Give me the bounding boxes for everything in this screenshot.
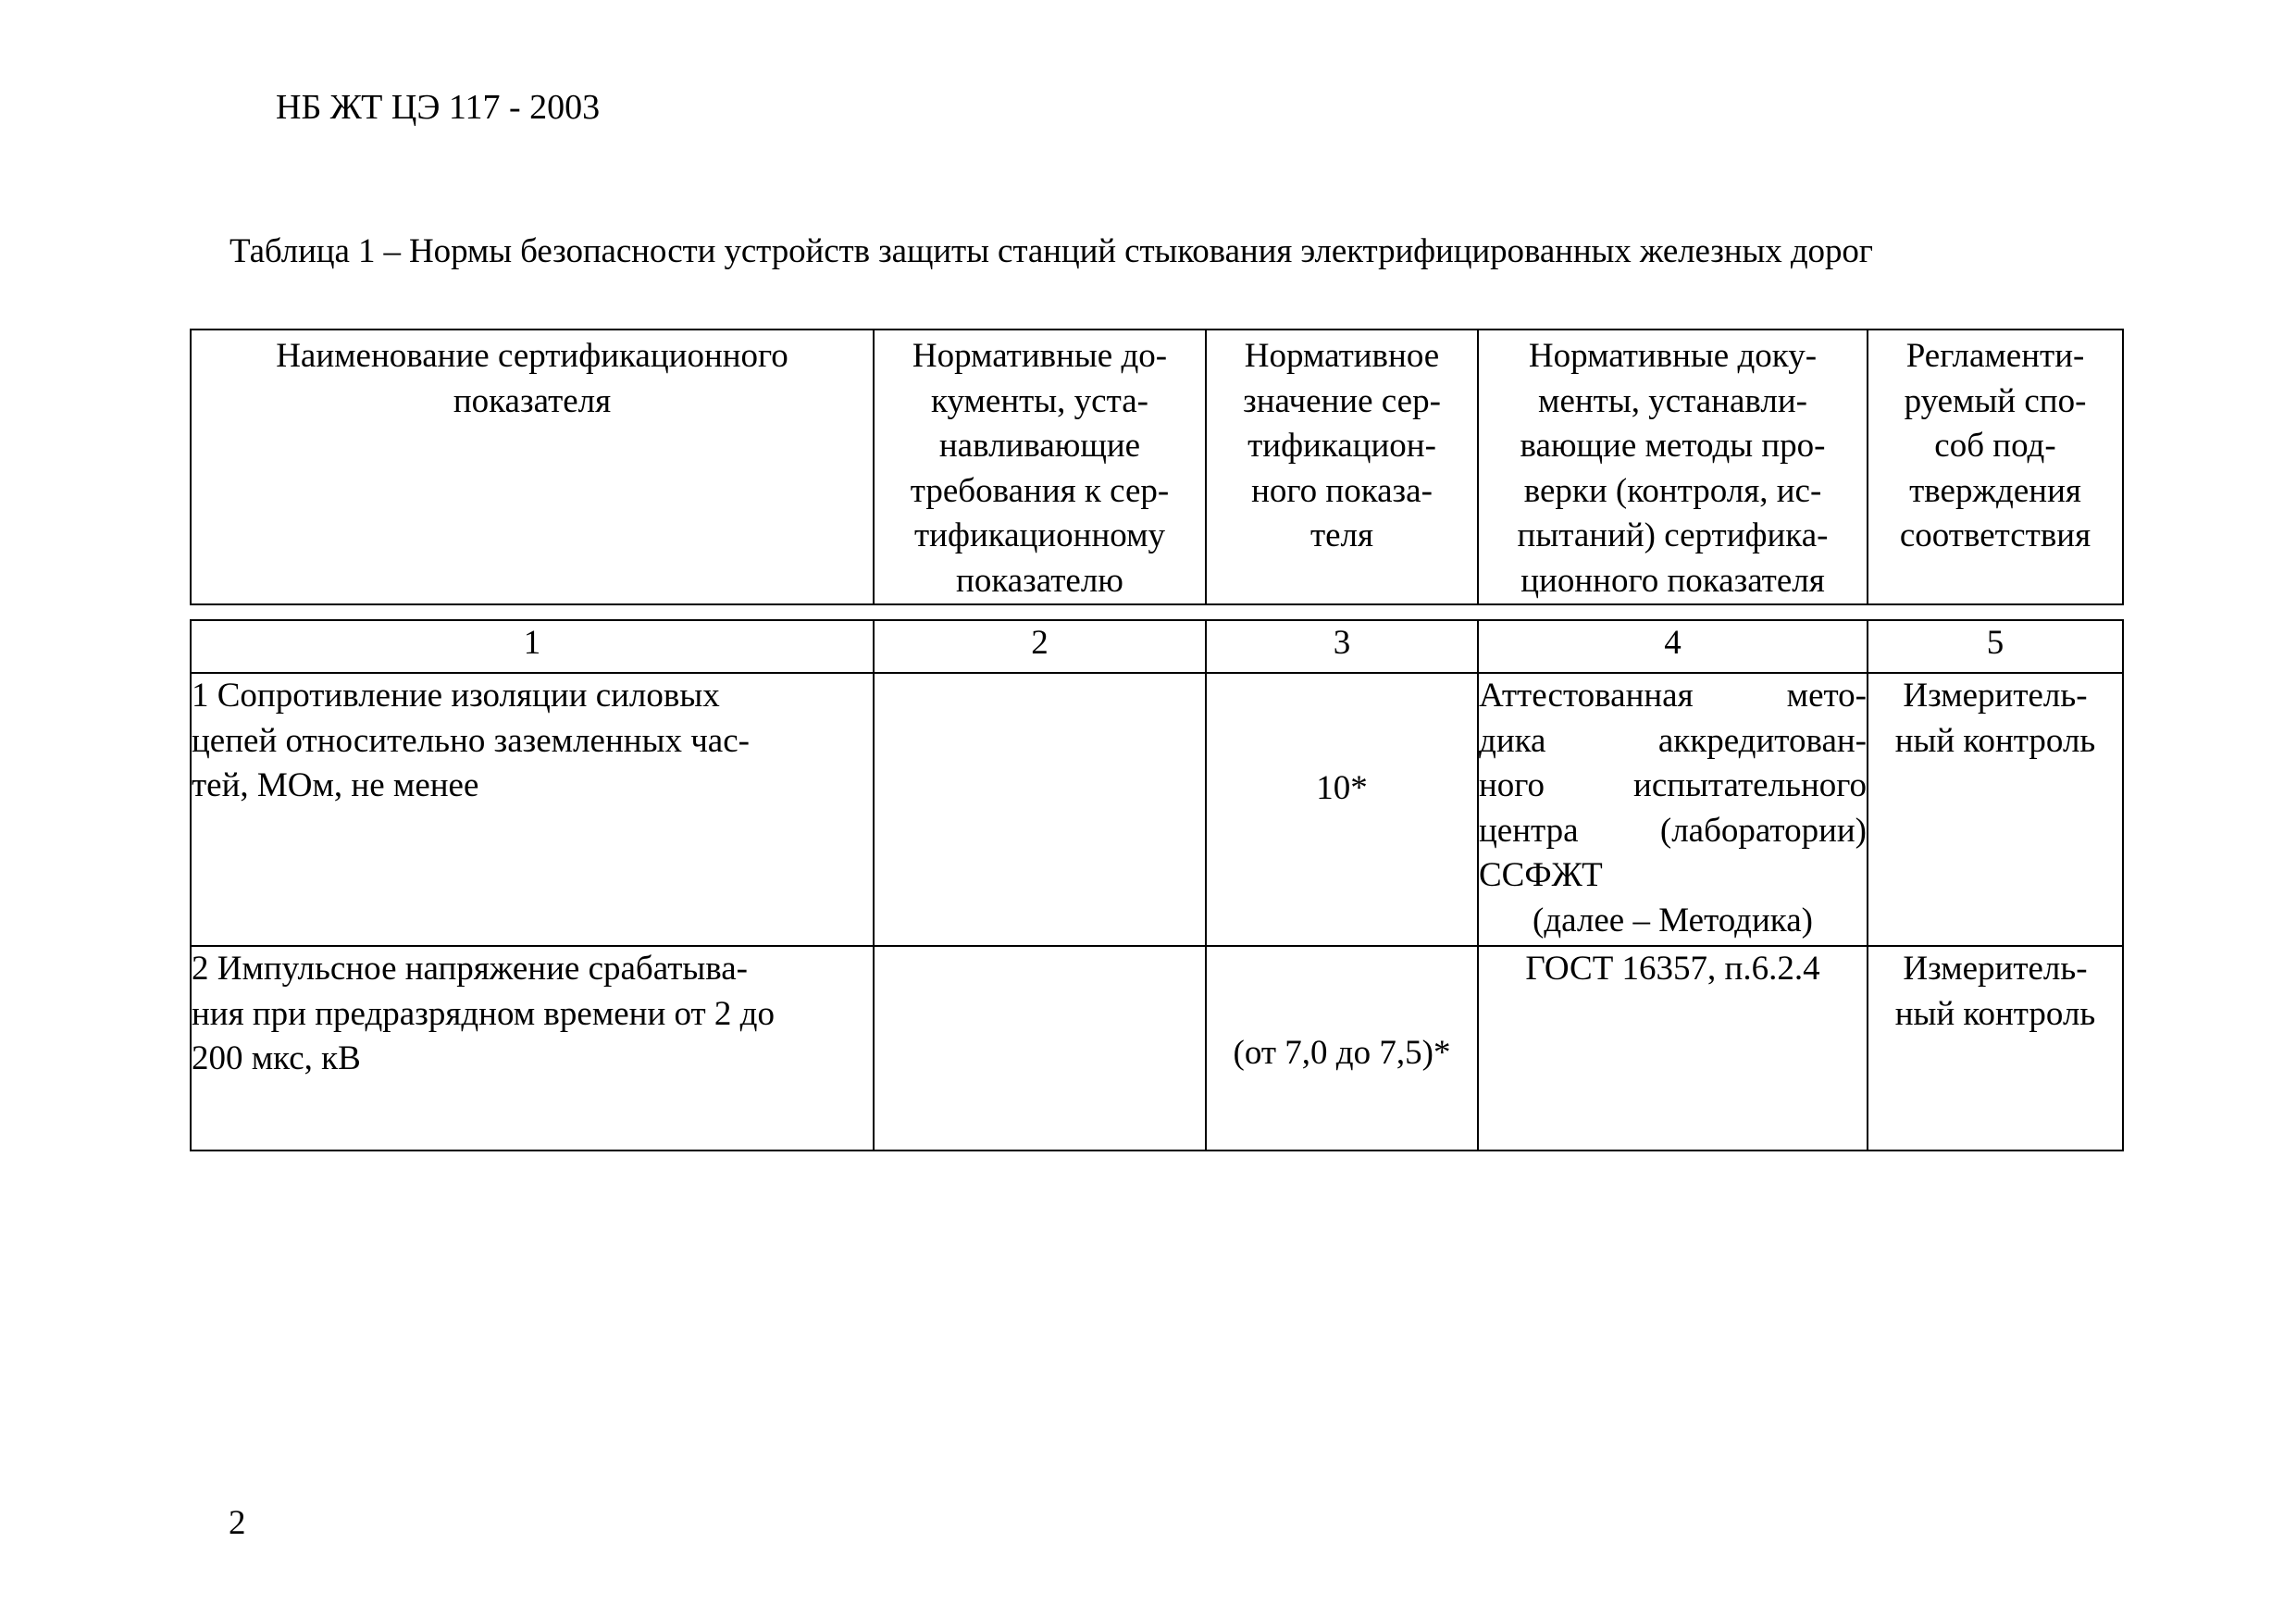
cell-line: Наименование сертификационного bbox=[192, 334, 873, 379]
cell-line: 1 Сопротивление изоляции силовых bbox=[192, 674, 873, 719]
table-body: 1 2 3 4 5 1 Сопротивление изоляции силов… bbox=[190, 619, 2124, 1151]
column-number: 1 bbox=[191, 620, 874, 673]
header-requirement-docs: Нормативные до-кументы, уста-навливающие… bbox=[874, 330, 1206, 604]
cell-line: 200 мкс, кВ bbox=[192, 1037, 873, 1082]
cell-line: Нормативное bbox=[1207, 334, 1477, 379]
test-method-cell: ГОСТ 16357, п.6.2.4 bbox=[1478, 946, 1868, 1151]
cell-line: кументы, уста- bbox=[875, 379, 1205, 425]
cell-line: ния при предразрядном времени от 2 до bbox=[192, 992, 873, 1038]
cell-line: значение сер- bbox=[1207, 379, 1477, 425]
cell-line: теля bbox=[1207, 514, 1477, 559]
confirmation-method-cell: Измеритель-ный контроль bbox=[1868, 673, 2123, 946]
column-number: 2 bbox=[874, 620, 1206, 673]
cell-line: показателю bbox=[875, 559, 1205, 604]
cell-line: тверждения bbox=[1868, 469, 2122, 515]
cell-line: Нормативные доку- bbox=[1479, 334, 1867, 379]
cell-line: требования к сер- bbox=[875, 469, 1205, 515]
requirement-docs-cell bbox=[874, 673, 1206, 946]
cell-line: Нормативные до- bbox=[875, 334, 1205, 379]
table-row: 2 Импульсное напряжение срабатыва-ния пр… bbox=[191, 946, 2123, 1151]
cell-line: тификацион- bbox=[1207, 424, 1477, 469]
cell-line: Измеритель- bbox=[1868, 674, 2122, 719]
cell-line: Аттестованная мето- bbox=[1479, 674, 1867, 719]
cell-line: соб под- bbox=[1868, 424, 2122, 469]
cell-line: пытаний) сертифика- bbox=[1479, 514, 1867, 559]
cell-line: менты, устанавли- bbox=[1479, 379, 1867, 425]
cell-line: (далее – Методика) bbox=[1479, 899, 1867, 944]
cell-line: тей, МОм, не менее bbox=[192, 764, 873, 809]
cell-line: центра (лаборатории) bbox=[1479, 809, 1867, 854]
confirmation-method-cell: Измеритель-ный контроль bbox=[1868, 946, 2123, 1151]
column-number: 3 bbox=[1206, 620, 1478, 673]
page-number: 2 bbox=[229, 1501, 246, 1546]
cell-line: тификационному bbox=[875, 514, 1205, 559]
normative-value-cell: (от 7,0 до 7,5)* bbox=[1206, 946, 1478, 1151]
cell-line: ный контроль bbox=[1868, 992, 2122, 1038]
table-caption: Таблица 1 – Нормы безопасности устройств… bbox=[230, 230, 1873, 274]
cell-line: Регламенти- bbox=[1868, 334, 2122, 379]
cell-line: ционного показателя bbox=[1479, 559, 1867, 604]
cell-line: ГОСТ 16357, п.6.2.4 bbox=[1479, 947, 1867, 992]
normative-value-cell: 10* bbox=[1206, 673, 1478, 946]
cell-line: навливающие bbox=[875, 424, 1205, 469]
cell-line: ного показа- bbox=[1207, 469, 1477, 515]
cell-line: вающие методы про- bbox=[1479, 424, 1867, 469]
table-header: Наименование сертификационногопоказателя… bbox=[190, 329, 2124, 605]
cell-line: Измеритель- bbox=[1868, 947, 2122, 992]
cell-line: руемый спо- bbox=[1868, 379, 2122, 425]
indicator-cell: 1 Сопротивление изоляции силовыхцепей от… bbox=[191, 673, 874, 946]
cell-line: ного испытательного bbox=[1479, 764, 1867, 809]
normative-value: 10* bbox=[1207, 766, 1477, 812]
indicator-cell: 2 Импульсное напряжение срабатыва-ния пр… bbox=[191, 946, 874, 1151]
column-number-row: 1 2 3 4 5 bbox=[191, 620, 2123, 673]
cell-line: ССФЖТ bbox=[1479, 853, 1867, 899]
normative-value: (от 7,0 до 7,5)* bbox=[1207, 1031, 1477, 1076]
requirement-docs-cell bbox=[874, 946, 1206, 1151]
cell-line: показателя bbox=[192, 379, 873, 425]
header-confirmation-method: Регламенти-руемый спо-соб под-тверждения… bbox=[1868, 330, 2123, 604]
cell-line: верки (контроля, ис- bbox=[1479, 469, 1867, 515]
column-number: 4 bbox=[1478, 620, 1868, 673]
column-number: 5 bbox=[1868, 620, 2123, 673]
cell-line: соответствия bbox=[1868, 514, 2122, 559]
cell-line: 2 Импульсное напряжение срабатыва- bbox=[192, 947, 873, 992]
cell-line: дика аккредитован- bbox=[1479, 719, 1867, 765]
header-test-method-docs: Нормативные доку-менты, устанавли-вающие… bbox=[1478, 330, 1868, 604]
document-code: НБ ЖТ ЦЭ 117 - 2003 bbox=[276, 85, 600, 130]
header-row: Наименование сертификационногопоказателя… bbox=[191, 330, 2123, 604]
table-row: 1 Сопротивление изоляции силовыхцепей от… bbox=[191, 673, 2123, 946]
header-indicator-name: Наименование сертификационногопоказателя bbox=[191, 330, 874, 604]
cell-line: ный контроль bbox=[1868, 719, 2122, 765]
cell-line: цепей относительно заземленных час- bbox=[192, 719, 873, 765]
test-method-cell: Аттестованная мето-дика аккредитован-ног… bbox=[1478, 673, 1868, 946]
header-normative-value: Нормативноезначение сер-тификацион-ного … bbox=[1206, 330, 1478, 604]
